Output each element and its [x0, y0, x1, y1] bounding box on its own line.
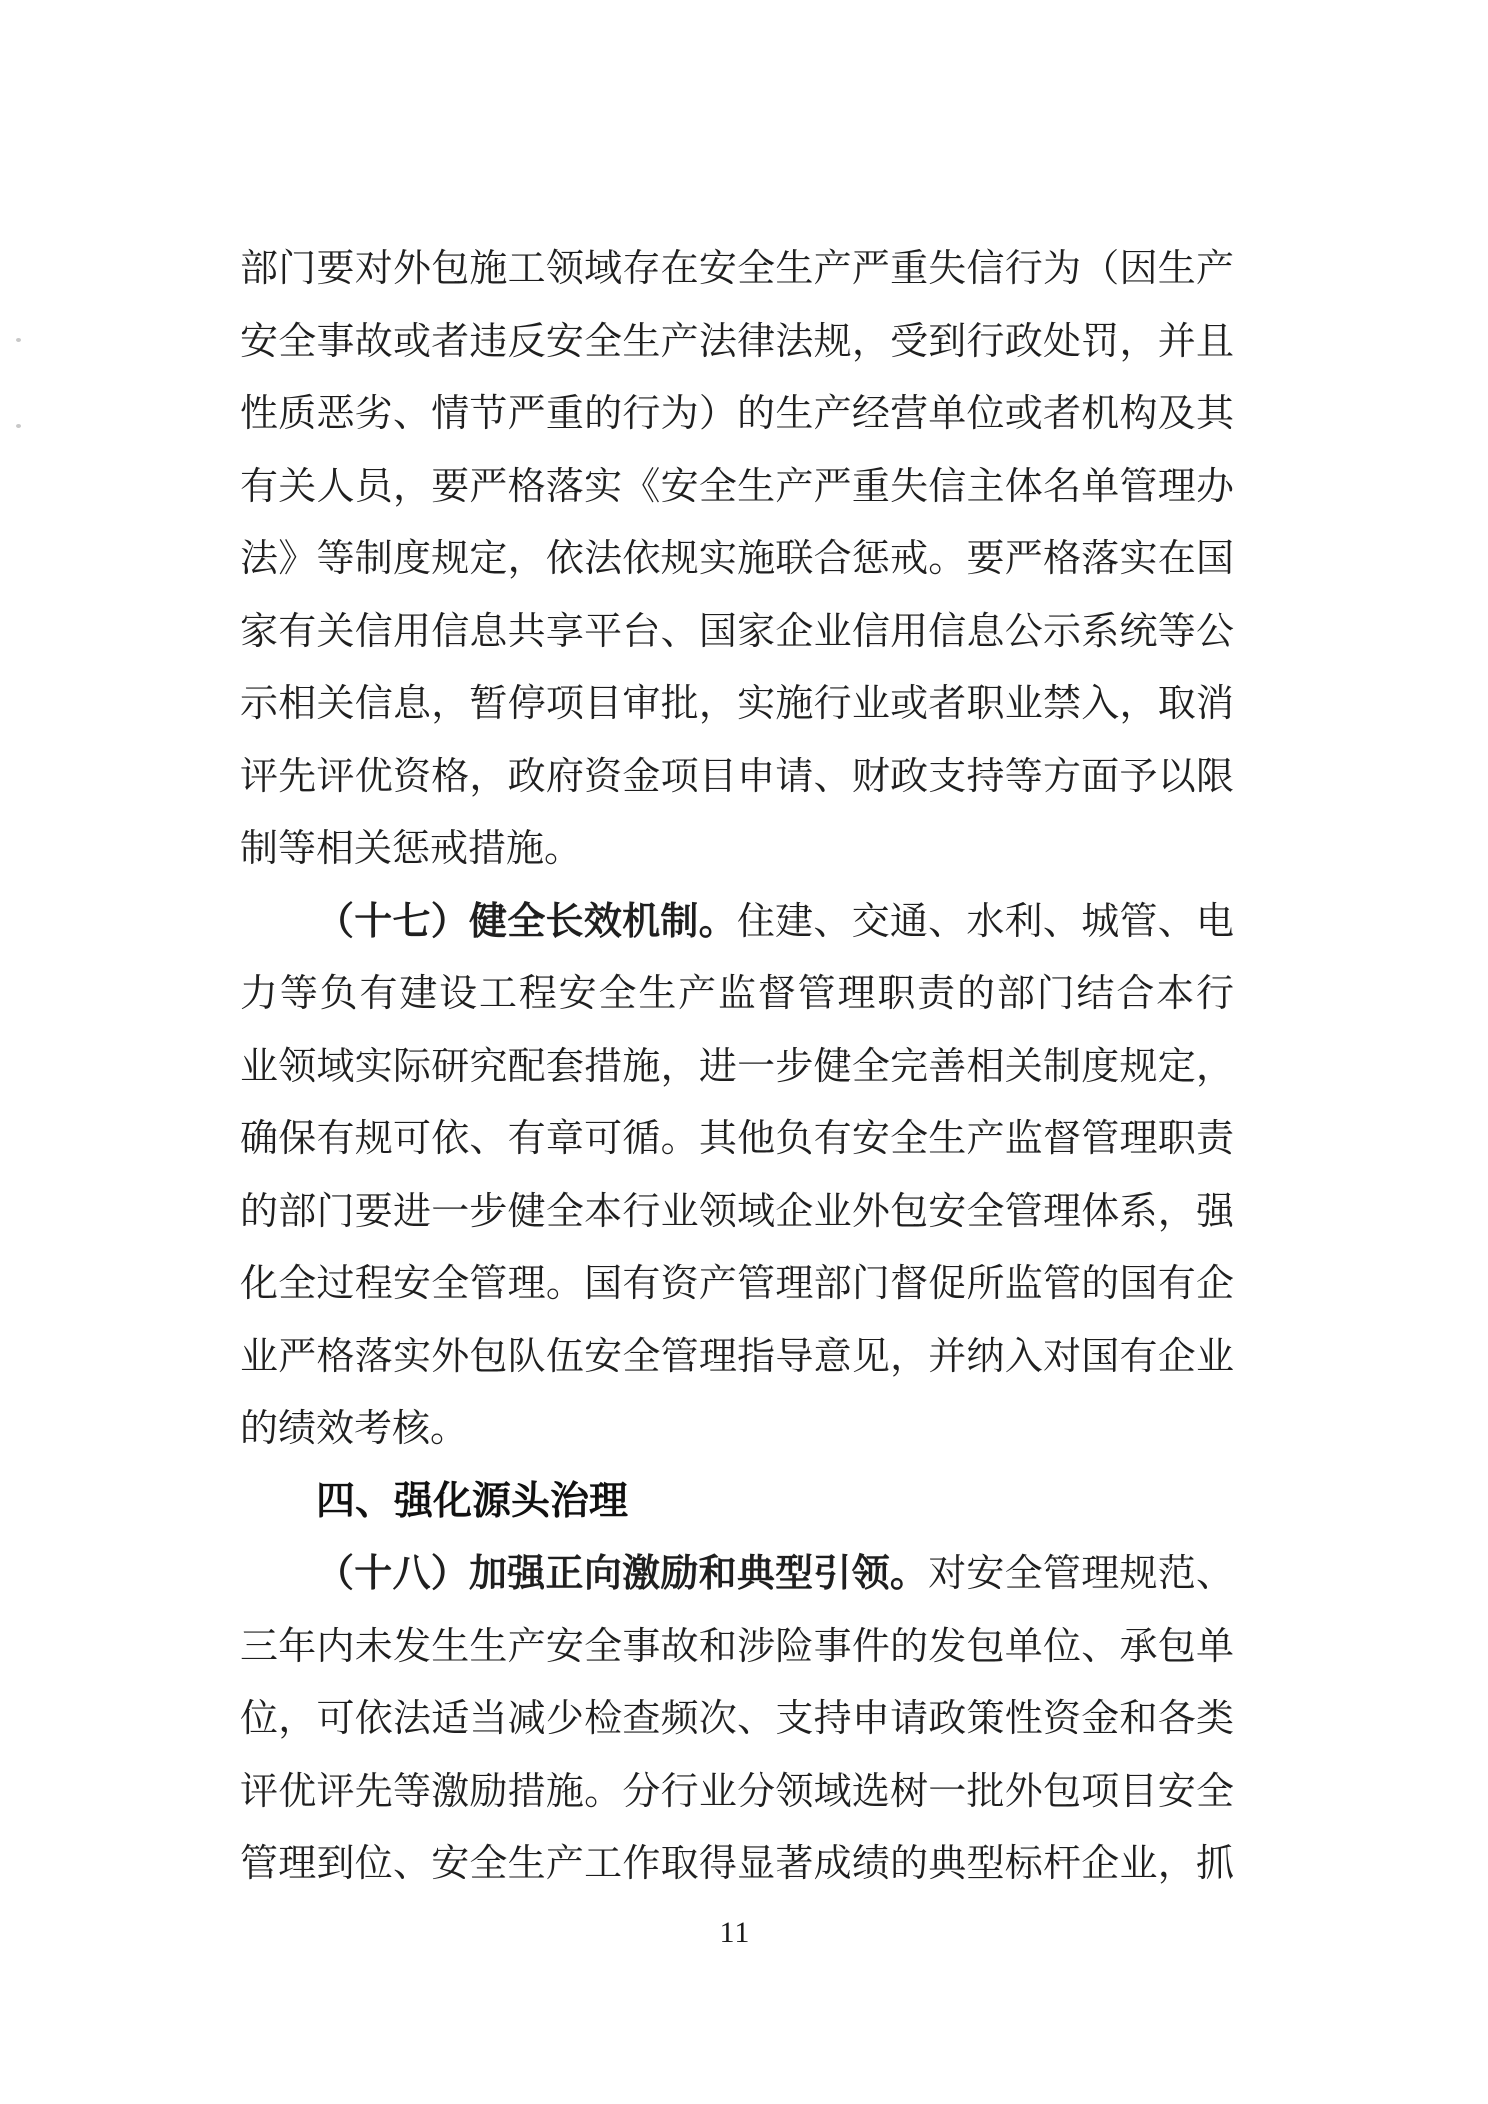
text-segment: 管理到位、安全生产工作取得显著成绩的典型标杆企业，抓 [240, 1843, 1234, 1885]
text-line: 化全过程安全管理。国有资产管理部门督促所监管的国有企 [240, 1248, 1234, 1321]
text-segment: 法》等制度规定，依法依规实施联合惩戒。要严格落实在国 [240, 538, 1234, 580]
text-segment: 评优评先等激励措施。分行业分领域选树一批外包项目安全 [240, 1771, 1234, 1813]
document-page: 部门要对外包施工领域存在安全生产严重失信行为（因生产安全事故或者违反安全生产法律… [0, 0, 1488, 2104]
text-segment: 性质恶劣、情节严重的行为）的生产经营单位或者机构及其 [240, 393, 1234, 435]
text-line: 业领域实际研究配套措施，进一步健全完善相关制度规定， [240, 1031, 1234, 1104]
text-segment: 确保有规可依、有章可循。其他负有安全生产监督管理职责 [240, 1118, 1234, 1160]
text-line: 性质恶劣、情节严重的行为）的生产经营单位或者机构及其 [240, 378, 1234, 451]
page-number: 11 [0, 1916, 1470, 1950]
text-line: 有关人员，要严格落实《安全生产严重失信主体名单管理办 [240, 451, 1234, 524]
text-line: 的绩效考核。 [240, 1393, 1234, 1466]
scan-artifact [16, 424, 21, 428]
text-segment: 安全事故或者违反安全生产法律法规，受到行政处罚，并且 [240, 321, 1234, 363]
text-segment: 位，可依法适当减少检查频次、支持申请政策性资金和各类 [240, 1698, 1234, 1740]
bold-text-segment: （十八）加强正向激励和典型引领。 [316, 1553, 928, 1595]
text-segment: 有关人员，要严格落实《安全生产严重失信主体名单管理办 [240, 466, 1234, 508]
text-line: 力等负有建设工程安全生产监督管理职责的部门结合本行 [240, 958, 1234, 1031]
bold-text-segment: （十七）健全长效机制。 [316, 901, 737, 943]
text-line: 三年内未发生生产安全事故和涉险事件的发包单位、承包单 [240, 1611, 1234, 1684]
section-heading: 四、强化源头治理 [240, 1466, 1234, 1539]
text-line: 制等相关惩戒措施。 [240, 813, 1234, 886]
text-line: 评先评优资格，政府资金项目申请、财政支持等方面予以限 [240, 741, 1234, 814]
text-line: 安全事故或者违反安全生产法律法规，受到行政处罚，并且 [240, 306, 1234, 379]
text-line: 法》等制度规定，依法依规实施联合惩戒。要严格落实在国 [240, 523, 1234, 596]
text-segment: 制等相关惩戒措施。 [240, 828, 582, 870]
text-segment: 住建、交通、水利、城管、电 [737, 901, 1234, 943]
bold-text-segment: 四、强化源头治理 [316, 1480, 628, 1523]
text-line: 评优评先等激励措施。分行业分领域选树一批外包项目安全 [240, 1756, 1234, 1829]
text-line: 业严格落实外包队伍安全管理指导意见，并纳入对国有企业 [240, 1321, 1234, 1394]
text-segment: 三年内未发生生产安全事故和涉险事件的发包单位、承包单 [240, 1626, 1234, 1668]
text-line: （十七）健全长效机制。住建、交通、水利、城管、电 [240, 886, 1234, 959]
text-segment: 家有关信用信息共享平台、国家企业信用信息公示系统等公 [240, 611, 1234, 653]
text-line: （十八）加强正向激励和典型引领。对安全管理规范、 [240, 1538, 1234, 1611]
text-line: 位，可依法适当减少检查频次、支持申请政策性资金和各类 [240, 1683, 1234, 1756]
text-segment: 部门要对外包施工领域存在安全生产严重失信行为（因生产 [240, 248, 1234, 290]
document-text: 部门要对外包施工领域存在安全生产严重失信行为（因生产安全事故或者违反安全生产法律… [240, 233, 1234, 1901]
text-line: 示相关信息，暂停项目审批，实施行业或者职业禁入，取消 [240, 668, 1234, 741]
text-segment: 评先评优资格，政府资金项目申请、财政支持等方面予以限 [240, 756, 1234, 798]
text-segment: 的部门要进一步健全本行业领域企业外包安全管理体系，强 [240, 1191, 1234, 1233]
text-segment: 力等负有建设工程安全生产监督管理职责的部门结合本行 [240, 973, 1234, 1015]
scan-artifact [16, 338, 21, 342]
text-segment: 业严格落实外包队伍安全管理指导意见，并纳入对国有企业 [240, 1336, 1234, 1378]
text-segment: 示相关信息，暂停项目审批，实施行业或者职业禁入，取消 [240, 683, 1234, 725]
text-line: 家有关信用信息共享平台、国家企业信用信息公示系统等公 [240, 596, 1234, 669]
text-line: 管理到位、安全生产工作取得显著成绩的典型标杆企业，抓 [240, 1828, 1234, 1901]
text-segment: 化全过程安全管理。国有资产管理部门督促所监管的国有企 [240, 1263, 1234, 1305]
text-line: 的部门要进一步健全本行业领域企业外包安全管理体系，强 [240, 1176, 1234, 1249]
text-line: 确保有规可依、有章可循。其他负有安全生产监督管理职责 [240, 1103, 1234, 1176]
text-line: 部门要对外包施工领域存在安全生产严重失信行为（因生产 [240, 233, 1234, 306]
text-segment: 业领域实际研究配套措施，进一步健全完善相关制度规定， [240, 1046, 1234, 1088]
text-segment: 对安全管理规范、 [928, 1553, 1234, 1595]
text-segment: 的绩效考核。 [240, 1408, 468, 1450]
